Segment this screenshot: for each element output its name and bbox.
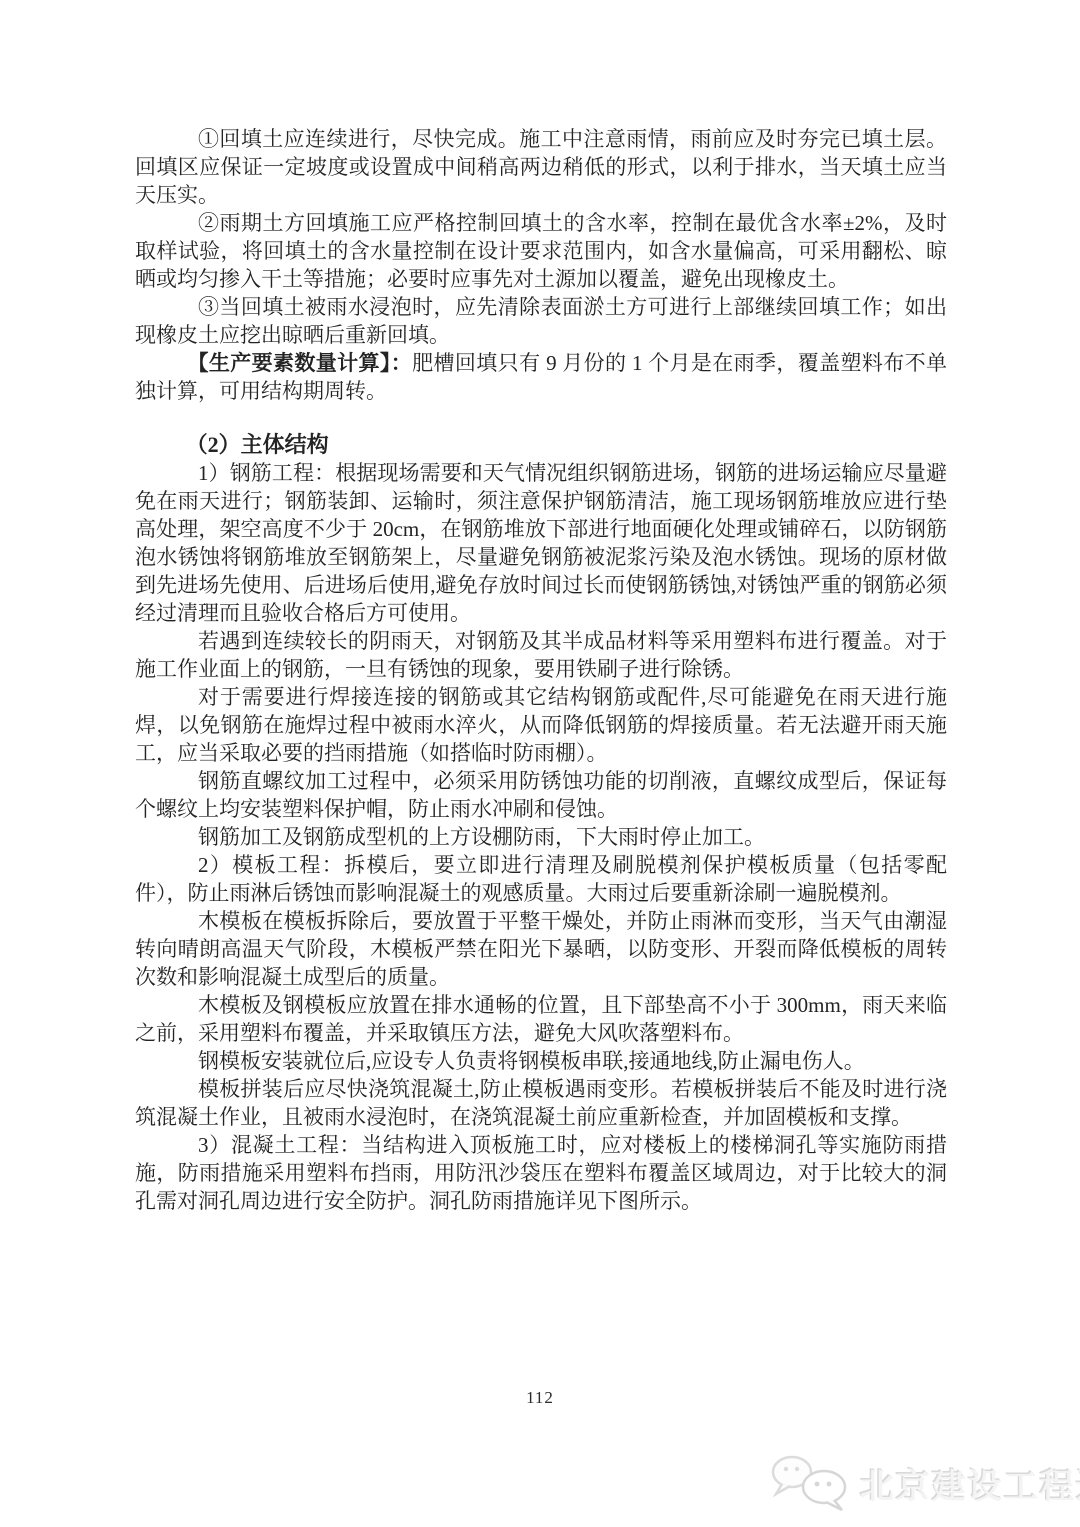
watermark: 北京建设工程造价 [768,1452,1080,1514]
paragraph-formwork-works: 2）模板工程：拆模后，要立即进行清理及刷脱模剂保护模板质量（包括零配件），防止雨… [135,851,947,907]
paragraph-steel-formwork-grounding: 钢模板安装就位后,应设专人负责将钢模板串联,接通地线,防止漏电伤人。 [135,1047,947,1075]
paragraph-formwork-pouring: 模板拼装后应尽快浇筑混凝土,防止模板遇雨变形。若模板拼装后不能及时进行浇筑混凝土… [135,1075,947,1131]
paragraph-backfill-1: ①回填土应连续进行，尽快完成。施工中注意雨情，雨前应及时夯完已填土层。回填区应保… [135,125,947,209]
paragraph-backfill-2: ②雨期土方回填施工应严格控制回填土的含水率，控制在最优含水率±2%，及时取样试验… [135,209,947,293]
paragraph-wood-formwork-storage: 木模板在模板拆除后，要放置于平整干燥处，并防止雨淋而变形，当天气由潮湿转向晴朗高… [135,907,947,991]
paragraph-concrete-works: 3）混凝土工程：当结构进入顶板施工时，应对楼板上的楼梯洞孔等实施防雨措施，防雨措… [135,1131,947,1215]
wechat-icon [768,1452,856,1514]
page-number: 112 [0,1388,1080,1408]
paragraph-rebar-threading: 钢筋直螺纹加工过程中，必须采用防锈蚀功能的切削液，直螺纹成型后，保证每个螺纹上均… [135,767,947,823]
document-body: ①回填土应连续进行，尽快完成。施工中注意雨情，雨前应及时夯完已填土层。回填区应保… [135,125,947,1215]
paragraph-rebar-welding: 对于需要进行焊接连接的钢筋或其它结构钢筋或配件,尽可能避免在雨天进行施焊，以免钢… [135,683,947,767]
watermark-label: 北京建设工程造价 [860,1459,1080,1508]
section-heading-main-structure: （2）主体结构 [135,431,947,459]
paragraph-production-factors: 【生产要素数量计算】：肥槽回填只有 9 月份的 1 个月是在雨季，覆盖塑料布不单… [135,349,947,405]
paragraph-rebar-cover: 若遇到连续较长的阴雨天，对钢筋及其半成品材料等采用塑料布进行覆盖。对于施工作业面… [135,627,947,683]
paragraph-rebar-machine-shelter: 钢筋加工及钢筋成型机的上方设棚防雨，下大雨时停止加工。 [135,823,947,851]
paragraph-backfill-3: ③当回填土被雨水浸泡时，应先清除表面淤土方可进行上部继续回填工作；如出现橡皮土应… [135,293,947,349]
paragraph-formwork-drainage: 木模板及钢模板应放置在排水通畅的位置，且下部垫高不小于 300mm，雨天来临之前… [135,991,947,1047]
paragraph-rebar-works: 1）钢筋工程：根据现场需要和天气情况组织钢筋进场，钢筋的进场运输应尽量避免在雨天… [135,459,947,627]
document-page: ①回填土应连续进行，尽快完成。施工中注意雨情，雨前应及时夯完已填土层。回填区应保… [0,0,1080,1527]
paragraph-lead-label: 【生产要素数量计算】： [188,351,413,375]
